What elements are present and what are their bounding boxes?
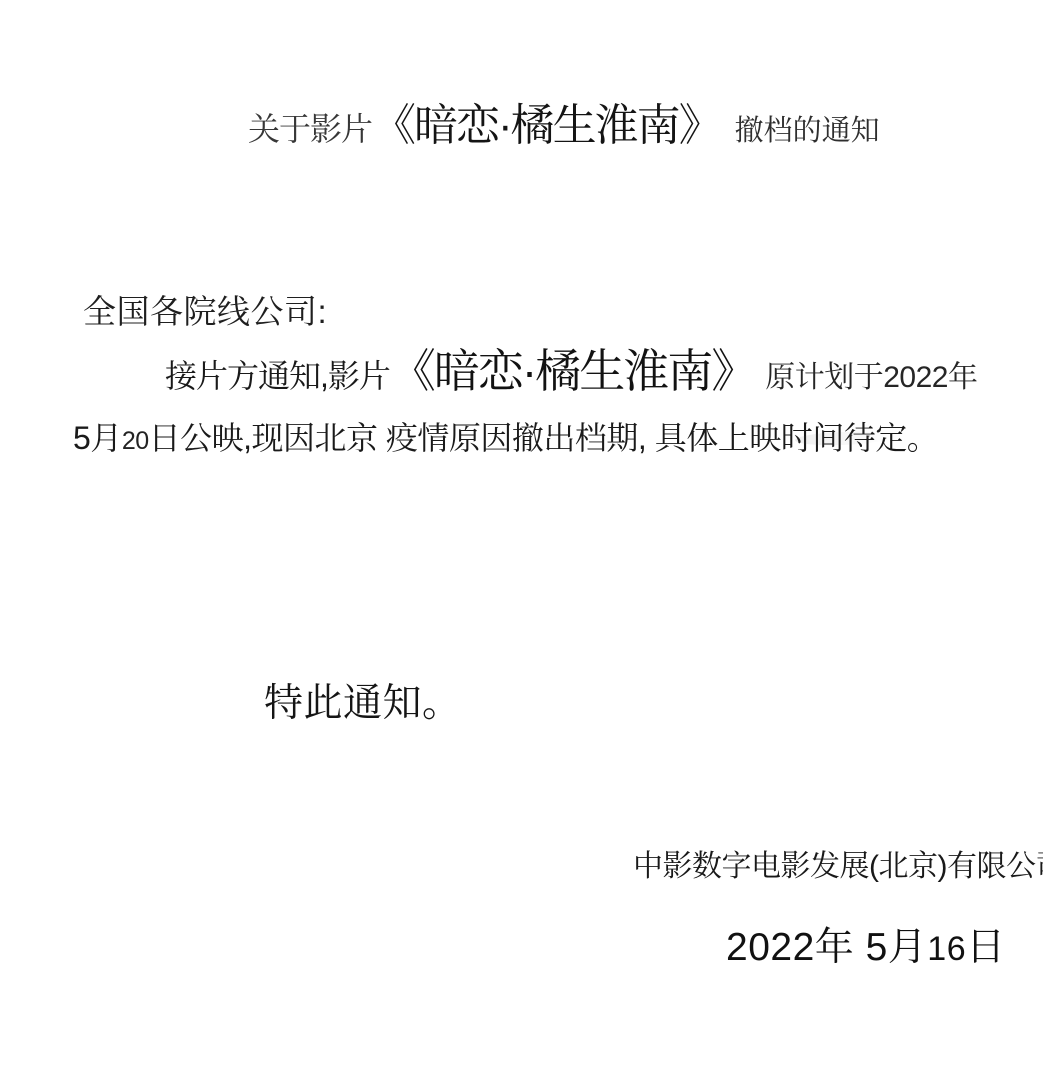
date-prefix: 2022年 5月 [726,926,927,969]
closing-statement: 特此通知。 [264,672,462,728]
body-line-1: 接片方通知,影片《暗恋·橘生淮南》原计划于2022年 [165,344,977,410]
date-suffix: 日 [966,926,1006,969]
body-line1-film-name: 《暗恋·橘生淮南》 [390,345,755,397]
title-prefix: 关于影片 [248,111,372,147]
body-line1-suffix: 原计划于2022年 [765,361,977,394]
notice-document-page: 关于影片《暗恋·橘生淮南》撤档的通知 全国各院线公司: 接片方通知,影片《暗恋·… [0,0,1043,1082]
signature-company: 中影数字电影发展(北京)有限公司 [633,841,1043,885]
body-line2-month: 5月 [73,420,122,456]
notice-title: 关于影片《暗恋·橘生淮南》撤档的通知 [248,100,880,162]
title-suffix: 撤档的通知 [735,115,880,147]
salutation: 全国各院线公司: [83,286,327,333]
signature-date: 2022年 5月16日 [726,916,1006,972]
date-day-number: 16 [927,930,966,968]
body-line2-day-number: 20 [122,427,149,455]
title-film-name: 《暗恋·橘生淮南》 [372,101,721,150]
body-line1-prefix: 接片方通知,影片 [165,358,390,394]
